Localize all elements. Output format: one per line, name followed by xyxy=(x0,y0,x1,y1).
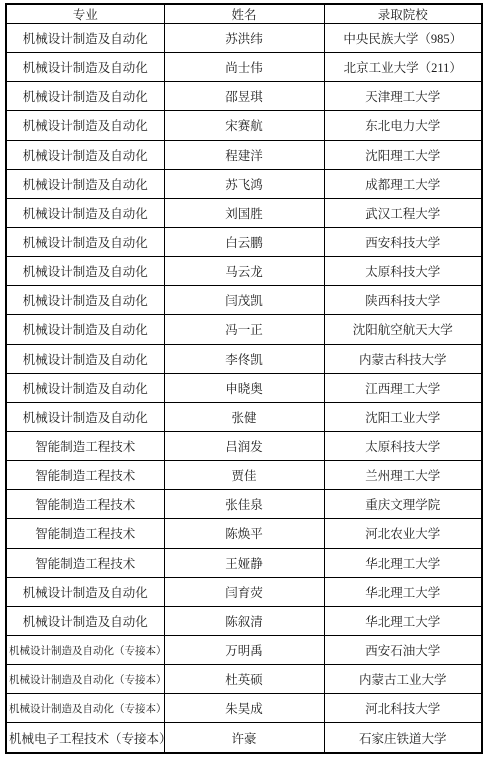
major-cell: 机械设计制造及自动化 xyxy=(6,577,164,606)
major-cell: 机械设计制造及自动化 xyxy=(6,53,164,82)
college-cell: 兰州理工大学 xyxy=(324,461,482,490)
major-cell: 机械设计制造及自动化（专接本） xyxy=(6,694,164,723)
college-cell: 北京工业大学（211） xyxy=(324,53,482,82)
major-cell: 机械设计制造及自动化 xyxy=(6,24,164,53)
college-cell: 石家庄铁道大学 xyxy=(324,723,482,753)
college-cell: 沈阳工业大学 xyxy=(324,402,482,431)
college-cell: 天津理工大学 xyxy=(324,82,482,111)
major-cell: 智能制造工程技术 xyxy=(6,519,164,548)
major-cell: 机械电子工程技术（专接本） xyxy=(6,723,164,753)
name-cell: 苏洪纬 xyxy=(164,24,324,53)
major-cell: 智能制造工程技术 xyxy=(6,490,164,519)
header-cell-name: 姓名 xyxy=(164,4,324,24)
table-row: 智能制造工程技术贾佳兰州理工大学 xyxy=(6,461,482,490)
name-cell: 陈焕平 xyxy=(164,519,324,548)
college-cell: 江西理工大学 xyxy=(324,373,482,402)
major-cell: 机械设计制造及自动化（专接本） xyxy=(6,635,164,664)
name-cell: 张佳泉 xyxy=(164,490,324,519)
college-cell: 西安石油大学 xyxy=(324,635,482,664)
major-cell: 机械设计制造及自动化 xyxy=(6,402,164,431)
name-cell: 陈叙清 xyxy=(164,606,324,635)
table-row: 机械设计制造及自动化闫茂凯陕西科技大学 xyxy=(6,286,482,315)
major-cell: 机械设计制造及自动化（专接本） xyxy=(6,665,164,694)
table-row: 机械设计制造及自动化苏飞鸿成都理工大学 xyxy=(6,169,482,198)
name-cell: 万明禹 xyxy=(164,635,324,664)
college-cell: 沈阳理工大学 xyxy=(324,140,482,169)
table-row: 机械设计制造及自动化（专接本）万明禹西安石油大学 xyxy=(6,635,482,664)
college-cell: 内蒙古科技大学 xyxy=(324,344,482,373)
college-cell: 陕西科技大学 xyxy=(324,286,482,315)
name-cell: 李佟凯 xyxy=(164,344,324,373)
college-cell: 东北电力大学 xyxy=(324,111,482,140)
major-cell: 智能制造工程技术 xyxy=(6,461,164,490)
table-row: 机械设计制造及自动化（专接本）朱昊成河北科技大学 xyxy=(6,694,482,723)
major-cell: 机械设计制造及自动化 xyxy=(6,111,164,140)
table-row: 机械设计制造及自动化马云龙太原科技大学 xyxy=(6,257,482,286)
name-cell: 申晓奥 xyxy=(164,373,324,402)
table-row: 机械设计制造及自动化陈叙清华北理工大学 xyxy=(6,606,482,635)
table-body: 机械设计制造及自动化苏洪纬中央民族大学（985）机械设计制造及自动化尚士伟北京工… xyxy=(6,24,482,754)
table-row: 智能制造工程技术王娅静华北理工大学 xyxy=(6,548,482,577)
name-cell: 吕润发 xyxy=(164,431,324,460)
table-row: 机械设计制造及自动化宋赛航东北电力大学 xyxy=(6,111,482,140)
college-cell: 太原科技大学 xyxy=(324,257,482,286)
major-cell: 机械设计制造及自动化 xyxy=(6,140,164,169)
name-cell: 王娅静 xyxy=(164,548,324,577)
college-cell: 中央民族大学（985） xyxy=(324,24,482,53)
header-row: 专业 姓名 录取院校 xyxy=(6,4,482,24)
major-cell: 机械设计制造及自动化 xyxy=(6,286,164,315)
major-cell: 机械设计制造及自动化 xyxy=(6,606,164,635)
name-cell: 张健 xyxy=(164,402,324,431)
college-cell: 武汉工程大学 xyxy=(324,198,482,227)
college-cell: 华北理工大学 xyxy=(324,577,482,606)
major-cell: 机械设计制造及自动化 xyxy=(6,257,164,286)
college-cell: 沈阳航空航天大学 xyxy=(324,315,482,344)
major-cell: 机械设计制造及自动化 xyxy=(6,198,164,227)
college-cell: 内蒙古工业大学 xyxy=(324,665,482,694)
table-row: 机械设计制造及自动化李佟凯内蒙古科技大学 xyxy=(6,344,482,373)
major-cell: 机械设计制造及自动化 xyxy=(6,169,164,198)
name-cell: 程建洋 xyxy=(164,140,324,169)
major-cell: 机械设计制造及自动化 xyxy=(6,227,164,256)
table-row: 机械设计制造及自动化闫育荧华北理工大学 xyxy=(6,577,482,606)
college-cell: 河北农业大学 xyxy=(324,519,482,548)
name-cell: 闫茂凯 xyxy=(164,286,324,315)
header-cell-college: 录取院校 xyxy=(324,4,482,24)
name-cell: 朱昊成 xyxy=(164,694,324,723)
name-cell: 宋赛航 xyxy=(164,111,324,140)
table-row: 机械设计制造及自动化张健沈阳工业大学 xyxy=(6,402,482,431)
table-row: 机械设计制造及自动化（专接本）杜英硕内蒙古工业大学 xyxy=(6,665,482,694)
college-cell: 西安科技大学 xyxy=(324,227,482,256)
header-cell-major: 专业 xyxy=(6,4,164,24)
major-cell: 智能制造工程技术 xyxy=(6,431,164,460)
name-cell: 许豪 xyxy=(164,723,324,753)
college-cell: 太原科技大学 xyxy=(324,431,482,460)
college-cell: 成都理工大学 xyxy=(324,169,482,198)
major-cell: 机械设计制造及自动化 xyxy=(6,82,164,111)
table-row: 机械设计制造及自动化冯一正沈阳航空航天大学 xyxy=(6,315,482,344)
major-cell: 智能制造工程技术 xyxy=(6,548,164,577)
college-cell: 河北科技大学 xyxy=(324,694,482,723)
admission-table: 专业 姓名 录取院校 机械设计制造及自动化苏洪纬中央民族大学（985）机械设计制… xyxy=(5,3,483,754)
table-row: 机械设计制造及自动化白云鹏西安科技大学 xyxy=(6,227,482,256)
name-cell: 马云龙 xyxy=(164,257,324,286)
name-cell: 刘国胜 xyxy=(164,198,324,227)
college-cell: 华北理工大学 xyxy=(324,548,482,577)
college-cell: 华北理工大学 xyxy=(324,606,482,635)
table-row: 机械设计制造及自动化尚士伟北京工业大学（211） xyxy=(6,53,482,82)
name-cell: 尚士伟 xyxy=(164,53,324,82)
name-cell: 苏飞鸿 xyxy=(164,169,324,198)
name-cell: 白云鹏 xyxy=(164,227,324,256)
table-row: 机械设计制造及自动化苏洪纬中央民族大学（985） xyxy=(6,24,482,53)
table-row: 机械设计制造及自动化刘国胜武汉工程大学 xyxy=(6,198,482,227)
table-row: 智能制造工程技术陈焕平河北农业大学 xyxy=(6,519,482,548)
table-row: 机械设计制造及自动化程建洋沈阳理工大学 xyxy=(6,140,482,169)
table-row: 机械设计制造及自动化邵昱琪天津理工大学 xyxy=(6,82,482,111)
table-row: 机械电子工程技术（专接本）许豪石家庄铁道大学 xyxy=(6,723,482,753)
name-cell: 闫育荧 xyxy=(164,577,324,606)
name-cell: 邵昱琪 xyxy=(164,82,324,111)
major-cell: 机械设计制造及自动化 xyxy=(6,373,164,402)
college-cell: 重庆文理学院 xyxy=(324,490,482,519)
name-cell: 冯一正 xyxy=(164,315,324,344)
major-cell: 机械设计制造及自动化 xyxy=(6,315,164,344)
major-cell: 机械设计制造及自动化 xyxy=(6,344,164,373)
table-row: 智能制造工程技术张佳泉重庆文理学院 xyxy=(6,490,482,519)
table-row: 机械设计制造及自动化申晓奥江西理工大学 xyxy=(6,373,482,402)
name-cell: 贾佳 xyxy=(164,461,324,490)
table-row: 智能制造工程技术吕润发太原科技大学 xyxy=(6,431,482,460)
name-cell: 杜英硕 xyxy=(164,665,324,694)
